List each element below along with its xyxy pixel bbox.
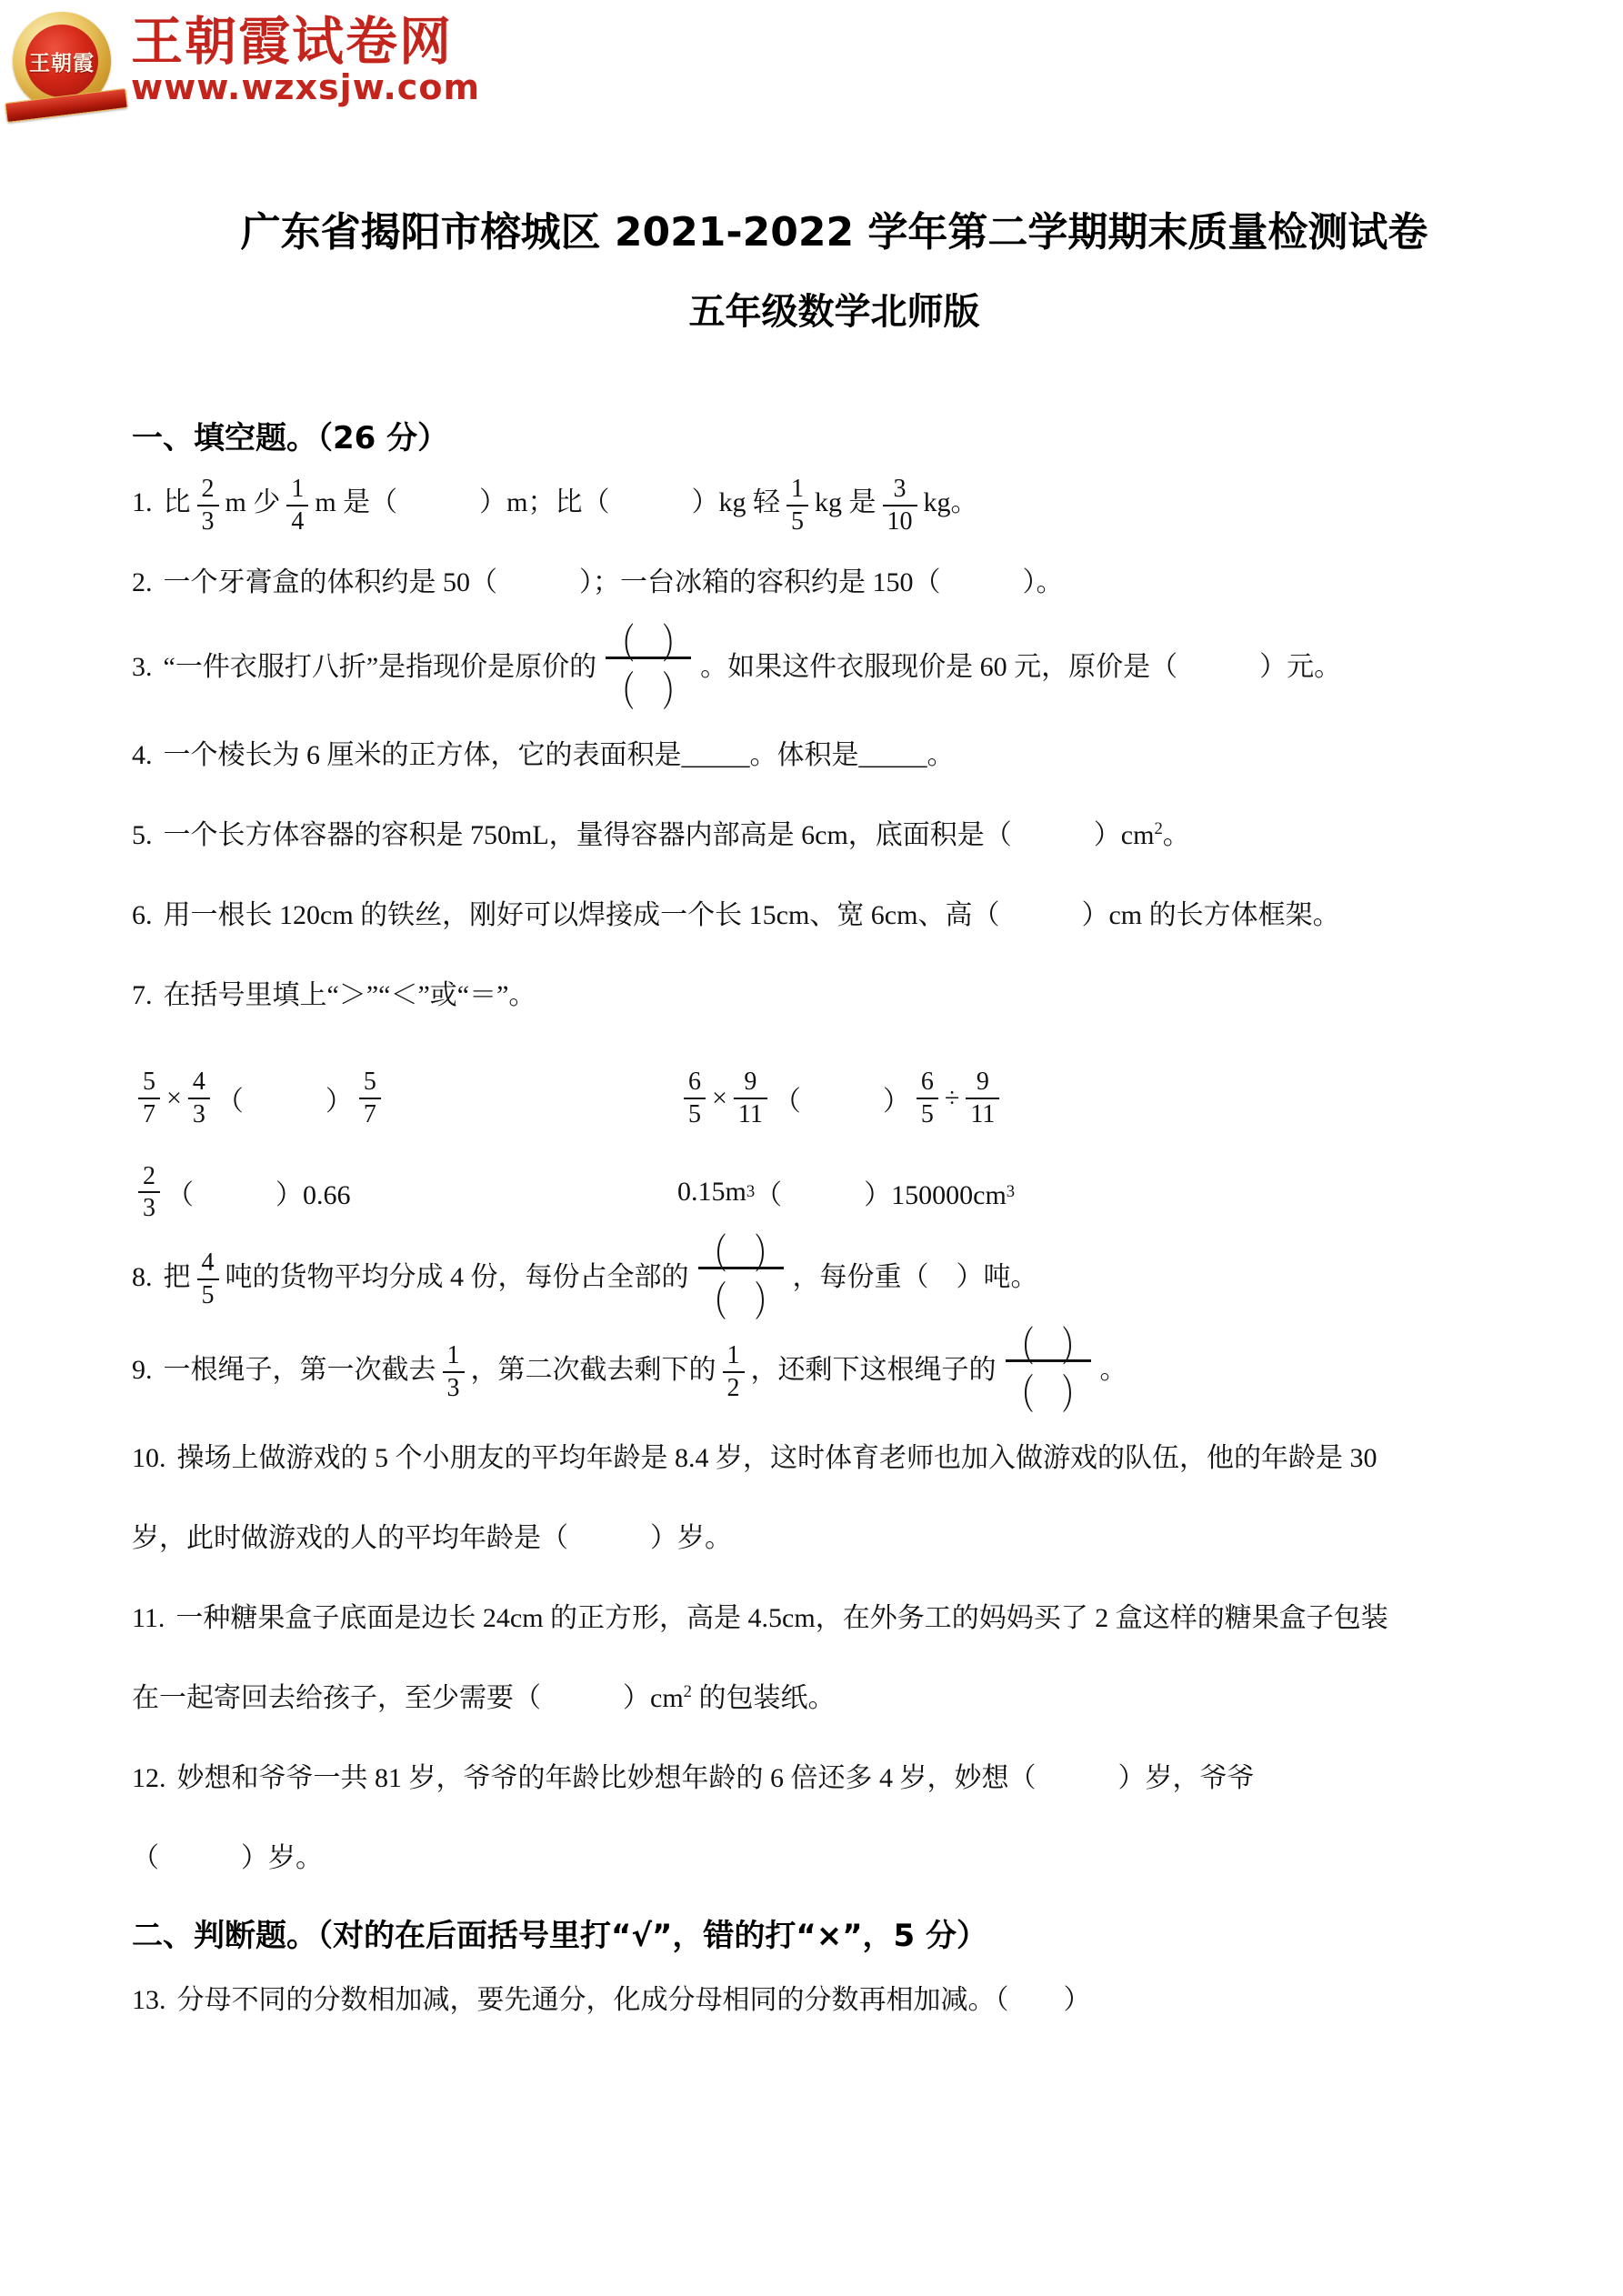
fraction: 65: [684, 1067, 706, 1129]
question-text: 岁，此时做游戏的人的平均年龄是（ ）岁。: [132, 1523, 732, 1553]
fraction-numerator: 2: [197, 474, 219, 505]
question: 5.一个长方体容器的容积是 750mL，量得容器内部高是 6cm，底面积是（ ）…: [132, 796, 1537, 876]
question-text: 在括号里填上“＞”“＜”或“＝”。: [164, 980, 536, 1010]
fraction-denominator: 7: [359, 1098, 381, 1130]
fraction-denominator: 10: [883, 505, 917, 537]
question-text: （ ）0.66: [166, 1172, 351, 1212]
question-text: （ ）150000cm: [755, 1172, 1007, 1212]
comparison-row: 57×43（ ）5765×911（ ）65÷911: [132, 1067, 1537, 1129]
question-number: 9.: [132, 1355, 153, 1385]
fraction-denominator: 3: [197, 505, 219, 537]
question-number: 12.: [132, 1763, 166, 1793]
fraction: 45: [197, 1248, 219, 1310]
question: 1.比23m 少14m 是（ ）m；比（ ）kg 轻15kg 是310kg。: [132, 463, 1537, 543]
question-text: ×: [712, 1083, 727, 1114]
site-name: 王朝霞试卷网: [131, 15, 480, 68]
fraction-denominator: 3: [138, 1191, 160, 1224]
question: 4.一个棱长为 6 厘米的正方体，它的表面积是_____。体积是_____。: [132, 716, 1537, 796]
fraction: 57: [138, 1067, 160, 1129]
brand-badge-logo: 王朝霞: [13, 12, 113, 112]
fraction: 23: [197, 474, 219, 536]
fraction-numerator: 3: [889, 474, 911, 505]
question-text: ×: [166, 1083, 182, 1114]
question-text: 。如果这件衣服现价是 60 元，原价是（ ）元。: [700, 652, 1341, 682]
comparison-item: 0.15m3（ ）150000cm3: [677, 1172, 1537, 1212]
question: 13.分母不同的分数相加减，要先通分，化成分母相同的分数再相加减。（ ）: [132, 1960, 1537, 2040]
question: 8.把45吨的货物平均分成 4 份，每份占全部的（ ）（ ），每份重（ ）吨。: [132, 1233, 1537, 1326]
question: 3.“一件衣服打八折”是指现价是原价的（ ）（ ）。如果这件衣服现价是 60 元…: [132, 623, 1537, 716]
question-number: 5.: [132, 820, 153, 850]
fraction-numerator: 4: [197, 1248, 219, 1278]
fraction: 23: [138, 1161, 160, 1224]
question: 7.在括号里填上“＞”“＜”或“＝”。: [132, 956, 1537, 1036]
badge-text: 王朝霞: [29, 46, 95, 76]
fraction-numerator: 9: [739, 1067, 761, 1098]
fraction-denominator: 3: [443, 1371, 465, 1404]
fraction: 65: [917, 1067, 938, 1129]
fraction-numerator: 5: [359, 1067, 381, 1098]
fraction: 911: [734, 1067, 767, 1129]
exam-page: 王朝霞 王朝霞试卷网 www.wzxsjw.com 广东省揭阳市榕城区 2021…: [0, 0, 1623, 2296]
question-text: 分母不同的分数相加减，要先通分，化成分母相同的分数再相加减。（ ）: [177, 1985, 1091, 2015]
question-number: 3.: [132, 652, 153, 682]
exam-subtitle: 五年级数学北师版: [132, 290, 1537, 334]
section-heading: 一、填空题。（26 分）: [132, 414, 1537, 463]
blank-fraction: （ ）（ ）: [606, 623, 691, 716]
question-text: ，还剩下这根绳子的: [751, 1355, 997, 1385]
question: 9.一根绳子，第一次截去13，第二次截去剩下的12，还剩下这根绳子的（ ）（ ）…: [132, 1326, 1537, 1419]
question-text: 的包装纸。: [692, 1683, 836, 1713]
question-text: ，每份重（ ）吨。: [793, 1262, 1038, 1292]
question-number: 13.: [132, 1985, 166, 2015]
question-text: 。: [1163, 820, 1190, 850]
question-number: 7.: [132, 980, 153, 1010]
fraction: 310: [883, 474, 917, 536]
comparison-row: 23（ ）0.660.15m3（ ）150000cm3: [132, 1161, 1537, 1224]
fraction-denominator: 5: [786, 505, 808, 537]
question-text: kg。: [924, 487, 978, 517]
question-text: 比: [164, 487, 191, 517]
fraction-numerator: 1: [723, 1340, 745, 1371]
question-text: （ ）岁。: [132, 1843, 323, 1873]
question-text: ，第二次截去剩下的: [471, 1355, 716, 1385]
site-header: 王朝霞 王朝霞试卷网 www.wzxsjw.com: [13, 5, 480, 118]
comparison-item: 23（ ）0.66: [132, 1161, 677, 1224]
question-number: 8.: [132, 1262, 153, 1292]
exam-body: 一、填空题。（26 分）1.比23m 少14m 是（ ）m；比（ ）kg 轻15…: [132, 414, 1537, 2040]
question-text: m 是（ ）m；比（ ）kg 轻: [315, 487, 780, 517]
question-number: 10.: [132, 1443, 166, 1473]
superscript: 2: [1154, 819, 1162, 838]
question-text: 一个牙膏盒的体积约是 50（ ）；一台冰箱的容积约是 150（ ）。: [164, 567, 1064, 597]
fraction-numerator: 2: [138, 1161, 160, 1192]
question-text: 在一起寄回去给孩子，至少需要（ ）cm: [132, 1683, 684, 1713]
question-text: 一个棱长为 6 厘米的正方体，它的表面积是_____。体积是_____。: [164, 740, 955, 770]
fraction-denominator: 2: [723, 1371, 745, 1404]
question: 12.妙想和爷爷一共 81 岁，爷爷的年龄比妙想年龄的 6 倍还多 4 岁，妙想…: [132, 1739, 1537, 1899]
blank-fraction-denominator: （ ）: [606, 657, 691, 727]
fraction-denominator: 4: [286, 505, 308, 537]
question-number: 11.: [132, 1603, 165, 1633]
question-text: 吨的货物平均分成 4 份，每份占全部的: [225, 1262, 689, 1292]
badge-red-seal: 王朝霞: [25, 25, 98, 97]
section-heading: 二、判断题。（对的在后面括号里打“√”，错的打“×”，5 分）: [132, 1911, 1537, 1960]
fraction-denominator: 5: [917, 1098, 938, 1130]
fraction-denominator: 11: [734, 1098, 767, 1130]
question-text: 一个长方体容器的容积是 750mL，量得容器内部高是 6cm，底面积是（ ）cm: [164, 820, 1155, 850]
fraction-denominator: 5: [684, 1098, 706, 1130]
question-number: 1.: [132, 487, 153, 517]
question-number: 6.: [132, 900, 153, 930]
question-text: kg 是: [815, 487, 877, 517]
question: 2.一个牙膏盒的体积约是 50（ ）；一台冰箱的容积约是 150（ ）。: [132, 543, 1537, 623]
question-text: 把: [164, 1262, 191, 1292]
superscript: 2: [684, 1682, 692, 1701]
question-text: m 少: [225, 487, 281, 517]
question-text: 妙想和爷爷一共 81 岁，爷爷的年龄比妙想年龄的 6 倍还多 4 岁，妙想（ ）…: [177, 1763, 1255, 1793]
site-url: www.wzxsjw.com: [131, 68, 480, 108]
fraction-denominator: 7: [138, 1098, 160, 1130]
question: 10.操场上做游戏的 5 个小朋友的平均年龄是 8.4 岁，这时体育老师也加入做…: [132, 1419, 1537, 1579]
question-text: “一件衣服打八折”是指现价是原价的: [164, 652, 597, 682]
blank-fraction: （ ）（ ）: [698, 1233, 784, 1326]
fraction: 15: [786, 474, 808, 536]
question-text: （ ）: [216, 1078, 353, 1118]
fraction-numerator: 1: [286, 474, 308, 505]
fraction-denominator: 5: [197, 1278, 219, 1311]
fraction-numerator: 6: [684, 1067, 706, 1098]
brand-text: 王朝霞试卷网 www.wzxsjw.com: [131, 15, 480, 108]
fraction: 14: [286, 474, 308, 536]
fraction-numerator: 1: [443, 1340, 465, 1371]
fraction-numerator: 5: [138, 1067, 160, 1098]
comparison-item: 65×911（ ）65÷911: [677, 1067, 1537, 1129]
question-text: 操场上做游戏的 5 个小朋友的平均年龄是 8.4 岁，这时体育老师也加入做游戏的…: [177, 1443, 1378, 1473]
comparison-item: 57×43（ ）57: [132, 1067, 677, 1129]
question-number: 2.: [132, 567, 153, 597]
fraction-numerator: 1: [786, 474, 808, 505]
blank-fraction: （ ）（ ）: [1006, 1326, 1091, 1419]
fraction: 13: [443, 1340, 465, 1403]
question-text: ÷: [945, 1083, 959, 1114]
question: 6.用一根长 120cm 的铁丝，刚好可以焊接成一个长 15cm、宽 6cm、高…: [132, 876, 1537, 956]
question-text: 用一根长 120cm 的铁丝，刚好可以焊接成一个长 15cm、宽 6cm、高（ …: [164, 900, 1340, 930]
blank-fraction-denominator: （ ）: [698, 1267, 784, 1338]
fraction: 43: [188, 1067, 210, 1129]
question-text: 0.15m: [677, 1177, 746, 1208]
fraction-denominator: 11: [966, 1098, 999, 1130]
blank-fraction-denominator: （ ）: [1006, 1359, 1091, 1430]
question-number: 4.: [132, 740, 153, 770]
fraction-numerator: 4: [188, 1067, 210, 1098]
fraction-numerator: 9: [972, 1067, 994, 1098]
question: 11.一种糖果盒子底面是边长 24cm 的正方形，高是 4.5cm，在外务工的妈…: [132, 1579, 1537, 1739]
fraction: 57: [359, 1067, 381, 1129]
question-text: 。: [1100, 1355, 1127, 1385]
question-text: （ ）: [774, 1078, 910, 1118]
exam-title: 广东省揭阳市榕城区 2021-2022 学年第二学期期末质量检测试卷: [132, 207, 1537, 257]
fraction: 12: [723, 1340, 745, 1403]
fraction-numerator: 6: [917, 1067, 938, 1098]
fraction: 911: [966, 1067, 999, 1129]
question-text: 一根绳子，第一次截去: [164, 1355, 436, 1385]
fraction-denominator: 3: [188, 1098, 210, 1130]
question-text: 一种糖果盒子底面是边长 24cm 的正方形，高是 4.5cm，在外务工的妈妈买了…: [175, 1603, 1388, 1633]
